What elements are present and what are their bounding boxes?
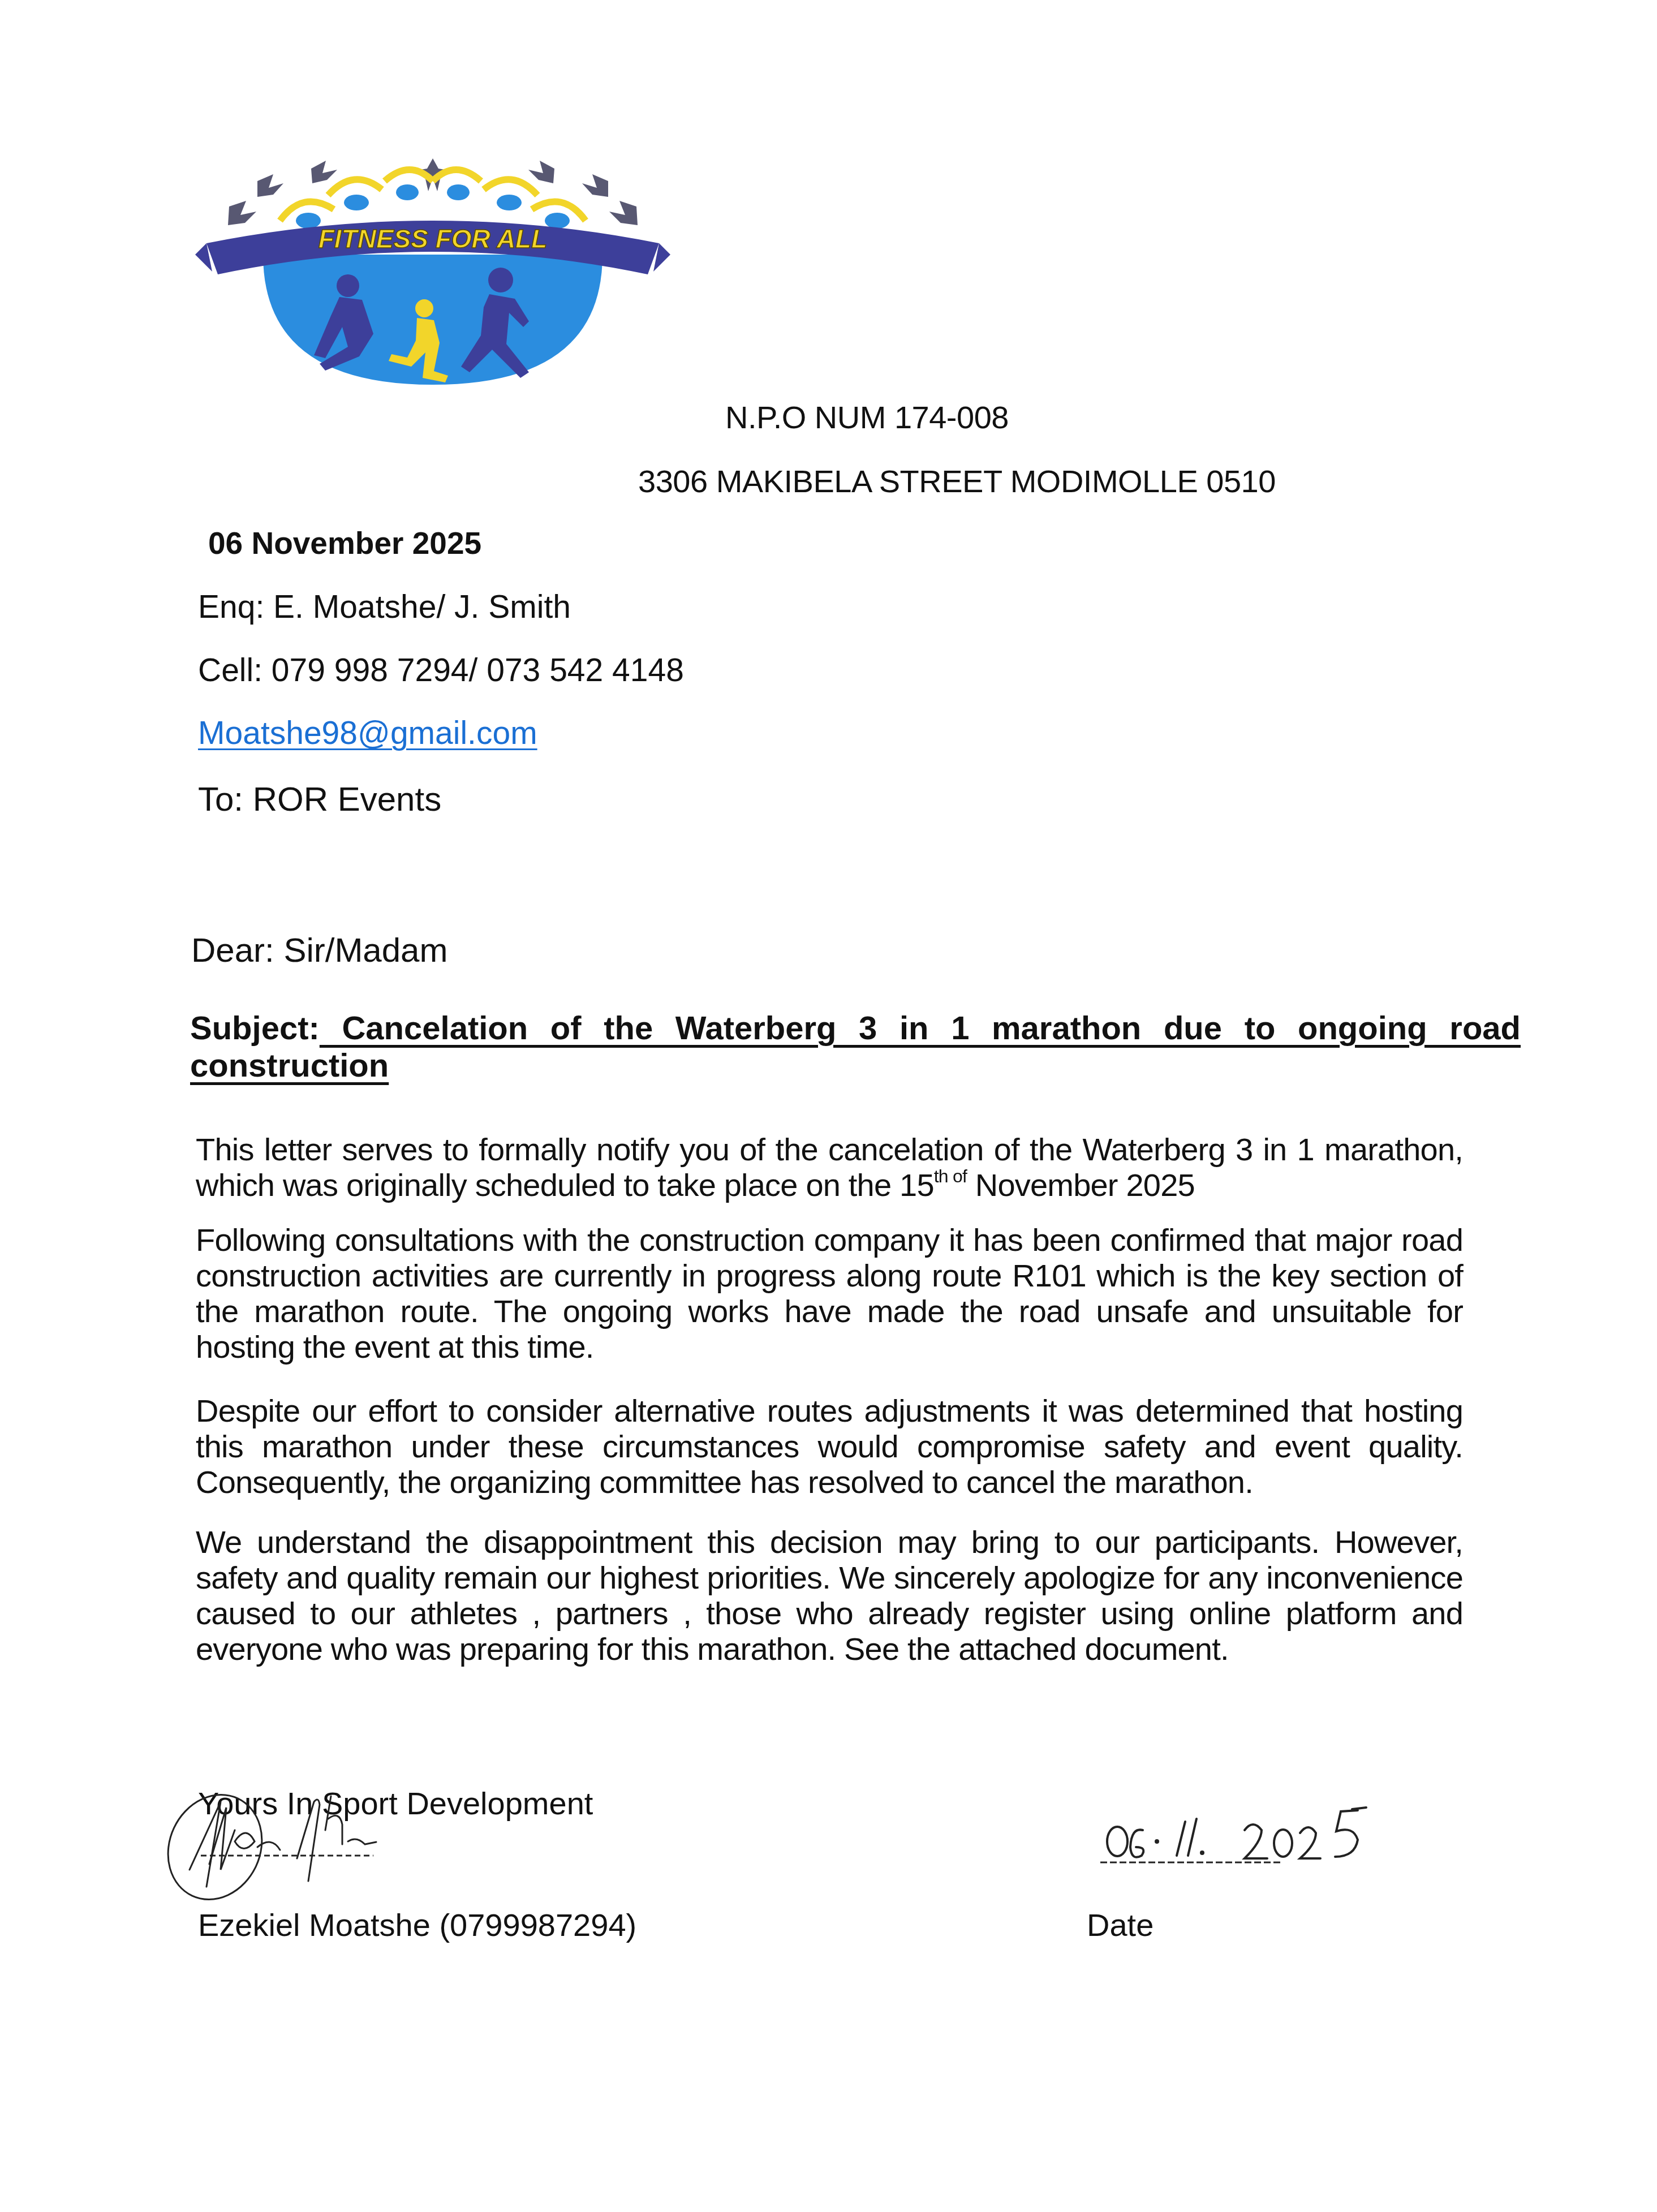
npo-number: N.P.O NUM 174-008 [725, 399, 1009, 436]
recipient: To: ROR Events [198, 780, 441, 819]
svg-text:FITNESS FOR ALL: FITNESS FOR ALL [319, 224, 548, 253]
paragraph-3: Despite our effort to consider alternati… [196, 1393, 1463, 1500]
handwritten-date [1086, 1799, 1437, 1873]
subject-line: Subject: Cancelation of the Waterberg 3 … [190, 1010, 1521, 1085]
date-label: Date [1087, 1907, 1154, 1943]
email-link[interactable]: Moatshe98@gmail.com [198, 715, 537, 752]
signatory-name: Ezekiel Moatshe (0799987294) [198, 1907, 636, 1943]
fitness-for-all-logo-icon: FITNESS FOR ALL [195, 158, 670, 385]
paragraph-2: Following consultations with the constru… [196, 1222, 1463, 1365]
subject-text: Cancelation of the Waterberg 3 in 1 mara… [190, 1010, 1521, 1084]
paragraph-4: We understand the disappointment this de… [196, 1524, 1463, 1667]
ordinal-superscript: th of [934, 1166, 967, 1186]
salutation: Dear: Sir/Madam [191, 931, 447, 970]
signature [167, 1779, 484, 1915]
paragraph-1-text: This letter serves to formally notify yo… [196, 1131, 1463, 1203]
enquiries: Enq: E. Moatshe/ J. Smith [198, 588, 571, 626]
paragraph-1: This letter serves to formally notify yo… [196, 1131, 1463, 1203]
subject-label: Subject: [190, 1010, 320, 1047]
paragraph-1-date: November 2025 [967, 1167, 1195, 1203]
signature-icon [167, 1779, 484, 1915]
handwritten-date-icon [1086, 1799, 1437, 1873]
organization-address: 3306 MAKIBELA STREET MODIMOLLE 0510 [638, 463, 1276, 500]
letter-date: 06 November 2025 [208, 525, 481, 561]
organization-logo: FITNESS FOR ALL [195, 158, 670, 385]
cell-numbers: Cell: 079 998 7294/ 073 542 4148 [198, 652, 684, 689]
